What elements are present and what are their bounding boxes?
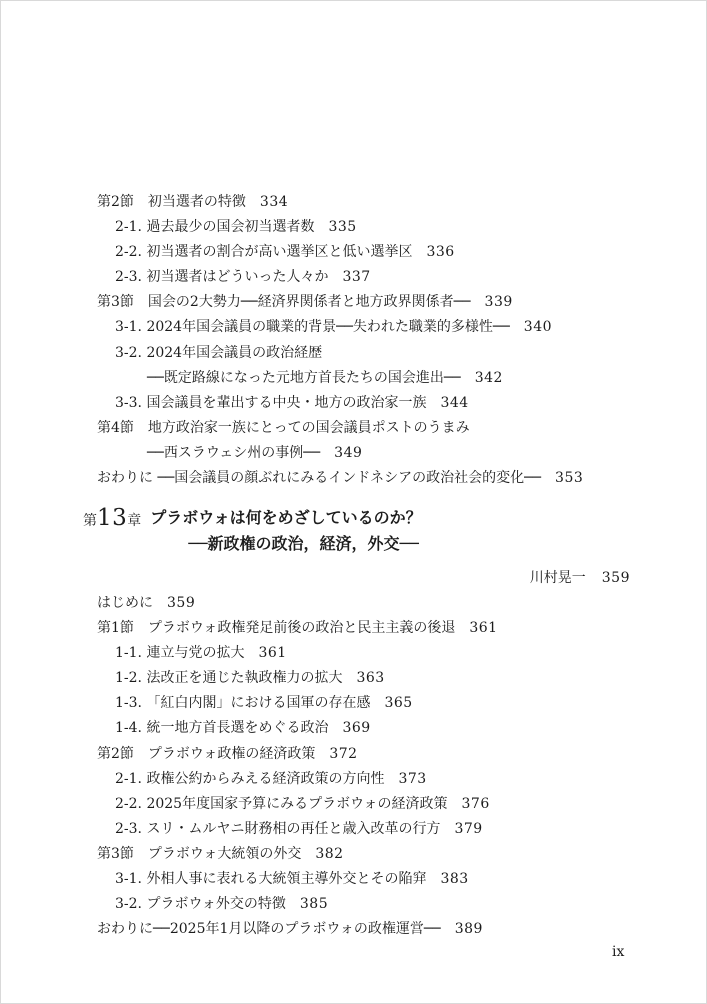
toc-entry-text: 第1節 プラボウォ政権発足前後の政治と民主主義の後退: [97, 620, 455, 636]
toc-entry-text: 3-1. 2024年国会議員の職業的背景──失われた職業的多様性──: [115, 319, 510, 335]
toc-entry-text: 第2節 初当選者の特徴: [97, 194, 246, 210]
toc-entry-text: 2-3. 初当選者はどういった人々か: [115, 269, 328, 285]
toc-entry: 2-3. 初当選者はどういった人々か337: [97, 265, 637, 290]
chapter-author-page-number: 359: [602, 570, 630, 586]
toc-entry: 3-1. 2024年国会議員の職業的背景──失われた職業的多様性──340: [97, 315, 637, 340]
toc-entry-page-number: 385: [300, 896, 328, 912]
toc-entry-page-number: 339: [485, 294, 513, 310]
toc-previous-chapter-entries: 第2節 初当選者の特徴3342-1. 過去最少の国会初当選者数3352-2. 初…: [97, 190, 637, 491]
toc-entry: 2-1. 過去最少の国会初当選者数335: [97, 215, 637, 240]
chapter-author: 川村晃一: [530, 570, 586, 586]
toc-entry: 2-2. 初当選者の割合が高い選挙区と低い選挙区336: [97, 240, 637, 265]
toc-entry-page-number: 359: [167, 595, 195, 611]
toc-entry: 第2節 プラボウォ政権の経済政策372: [97, 742, 637, 767]
toc-page: 第2節 初当選者の特徴3342-1. 過去最少の国会初当選者数3352-2. 初…: [0, 0, 707, 1004]
toc-entry-text: 2-1. 過去最少の国会初当選者数: [115, 219, 314, 235]
toc-entry-page-number: 372: [329, 746, 357, 762]
toc-entry-page-number: 340: [524, 319, 552, 335]
toc-entry: 1-1. 連立与党の拡大361: [97, 641, 637, 666]
toc-entry: はじめに359: [97, 591, 637, 616]
toc-entry-page-number: 383: [440, 871, 468, 887]
toc-entry-page-number: 353: [555, 470, 583, 486]
toc-entry-text: 第4節 地方政治家一族にとっての国会議員ポストのうまみ: [97, 420, 470, 436]
toc-entry-page-number: 337: [342, 269, 370, 285]
toc-entry-text: 第3節 国会の2大勢力──経済界関係者と地方政界関係者──: [97, 294, 471, 310]
chapter-title: プラボウォは何をめざしているのか？ ──新政権の政治，経済，外交──: [150, 505, 421, 557]
toc-entry: 3-2. 2024年国会議員の政治経歴: [97, 341, 637, 366]
toc-entry-text: 3-1. 外相人事に表れる大統領主導外交とその陥穽: [115, 871, 426, 887]
toc-entry-page-number: 342: [475, 370, 503, 386]
toc-entry-page-number: 365: [384, 695, 412, 711]
toc-entry-text: 3-3. 国会議員を輩出する中央・地方の政治家一族: [115, 395, 426, 411]
toc-entry: 3-1. 外相人事に表れる大統領主導外交とその陥穽383: [97, 867, 637, 892]
toc-entry: 第1節 プラボウォ政権発足前後の政治と民主主義の後退361: [97, 616, 637, 641]
toc-entry: 1-3. 「紅白内閣」における国軍の存在感365: [97, 691, 637, 716]
toc-entry-text: 3-2. プラボウォ外交の特徴: [115, 896, 286, 912]
chapter-number-suffix: 章: [127, 513, 141, 529]
toc-entry: 第3節 プラボウォ大統領の外交382: [97, 842, 637, 867]
toc-entry-page-number: 344: [440, 395, 468, 411]
toc-entry-text: 2-2. 初当選者の割合が高い選挙区と低い選挙区: [115, 244, 412, 260]
toc-entry-page-number: 376: [462, 796, 490, 812]
toc-entry-page-number: 389: [455, 921, 483, 937]
toc-entry-text: 2-3. スリ・ムルヤニ財務相の再任と歳入改革の行方: [115, 821, 440, 837]
toc-entry: 第2節 初当選者の特徴334: [97, 190, 637, 215]
toc-entry: 1-4. 統一地方首長選をめぐる政治369: [97, 716, 637, 741]
chapter-number: 13: [97, 505, 127, 531]
chapter-13-entries: はじめに359第1節 プラボウォ政権発足前後の政治と民主主義の後退3611-1.…: [97, 591, 637, 942]
toc-entry-page-number: 361: [258, 645, 286, 661]
chapter-number-label: 第13章: [83, 505, 141, 535]
toc-entry: 3-3. 国会議員を輩出する中央・地方の政治家一族344: [97, 391, 637, 416]
toc-entry-text: ──既定路線になった元地方首長たちの国会進出──: [147, 370, 461, 386]
toc-entry-text: 1-2. 法改正を通じた執政権力の拡大: [115, 670, 342, 686]
toc-entry-page-number: 369: [342, 720, 370, 736]
toc-entry-text: ──西スラウェシ州の事例──: [147, 445, 320, 461]
toc-entry: 2-1. 政権公約からみえる経済政策の方向性373: [97, 767, 637, 792]
toc-entry-text: 2-1. 政権公約からみえる経済政策の方向性: [115, 771, 384, 787]
toc-entry: 第3節 国会の2大勢力──経済界関係者と地方政界関係者──339: [97, 290, 637, 315]
toc-entry: ──西スラウェシ州の事例──349: [97, 441, 637, 466]
chapter-13-heading: 第13章 プラボウォは何をめざしているのか？ ──新政権の政治，経済，外交──: [83, 505, 422, 557]
page-folio: ix: [612, 942, 624, 962]
toc-entry-text: おわりに ──国会議員の顔ぶれにみるインドネシアの政治社会的変化──: [97, 470, 541, 486]
chapter-author-line: 川村晃一359: [97, 566, 630, 591]
toc-entry-text: 第3節 プラボウォ大統領の外交: [97, 846, 301, 862]
toc-entry-text: 3-2. 2024年国会議員の政治経歴: [115, 345, 322, 361]
chapter-title-subtitle: ──新政権の政治，経済，外交──: [150, 531, 421, 557]
chapter-number-prefix: 第: [83, 513, 97, 529]
toc-entry: 2-3. スリ・ムルヤニ財務相の再任と歳入改革の行方379: [97, 817, 637, 842]
toc-entry-text: 1-1. 連立与党の拡大: [115, 645, 244, 661]
toc-entry-text: 2-2. 2025年度国家予算にみるプラボウォの経済政策: [115, 796, 448, 812]
toc-entry-page-number: 361: [469, 620, 497, 636]
toc-entry-text: おわりに──2025年1月以降のプラボウォの政権運営──: [97, 921, 441, 937]
toc-entry-page-number: 382: [315, 846, 343, 862]
toc-entry-text: はじめに: [97, 595, 153, 611]
toc-entry-text: 1-3. 「紅白内閣」における国軍の存在感: [115, 695, 370, 711]
toc-entry-page-number: 349: [334, 445, 362, 461]
toc-entry-page-number: 335: [328, 219, 356, 235]
toc-entry: おわりに ──国会議員の顔ぶれにみるインドネシアの政治社会的変化──353: [97, 466, 637, 491]
toc-entry-page-number: 379: [454, 821, 482, 837]
toc-entry: 第4節 地方政治家一族にとっての国会議員ポストのうまみ: [97, 416, 637, 441]
toc-entry-page-number: 334: [260, 194, 288, 210]
toc-entry-page-number: 336: [426, 244, 454, 260]
toc-entry-text: 1-4. 統一地方首長選をめぐる政治: [115, 720, 328, 736]
toc-entry: 2-2. 2025年度国家予算にみるプラボウォの経済政策376: [97, 792, 637, 817]
toc-entry-text: 第2節 プラボウォ政権の経済政策: [97, 746, 315, 762]
chapter-title-line1: プラボウォは何をめざしているのか？: [150, 505, 421, 531]
toc-entry: ──既定路線になった元地方首長たちの国会進出──342: [97, 366, 637, 391]
toc-entry: 1-2. 法改正を通じた執政権力の拡大363: [97, 666, 637, 691]
toc-entry: おわりに──2025年1月以降のプラボウォの政権運営──389: [97, 917, 637, 942]
toc-entry-page-number: 363: [356, 670, 384, 686]
toc-entry: 3-2. プラボウォ外交の特徴385: [97, 892, 637, 917]
toc-entry-page-number: 373: [398, 771, 426, 787]
